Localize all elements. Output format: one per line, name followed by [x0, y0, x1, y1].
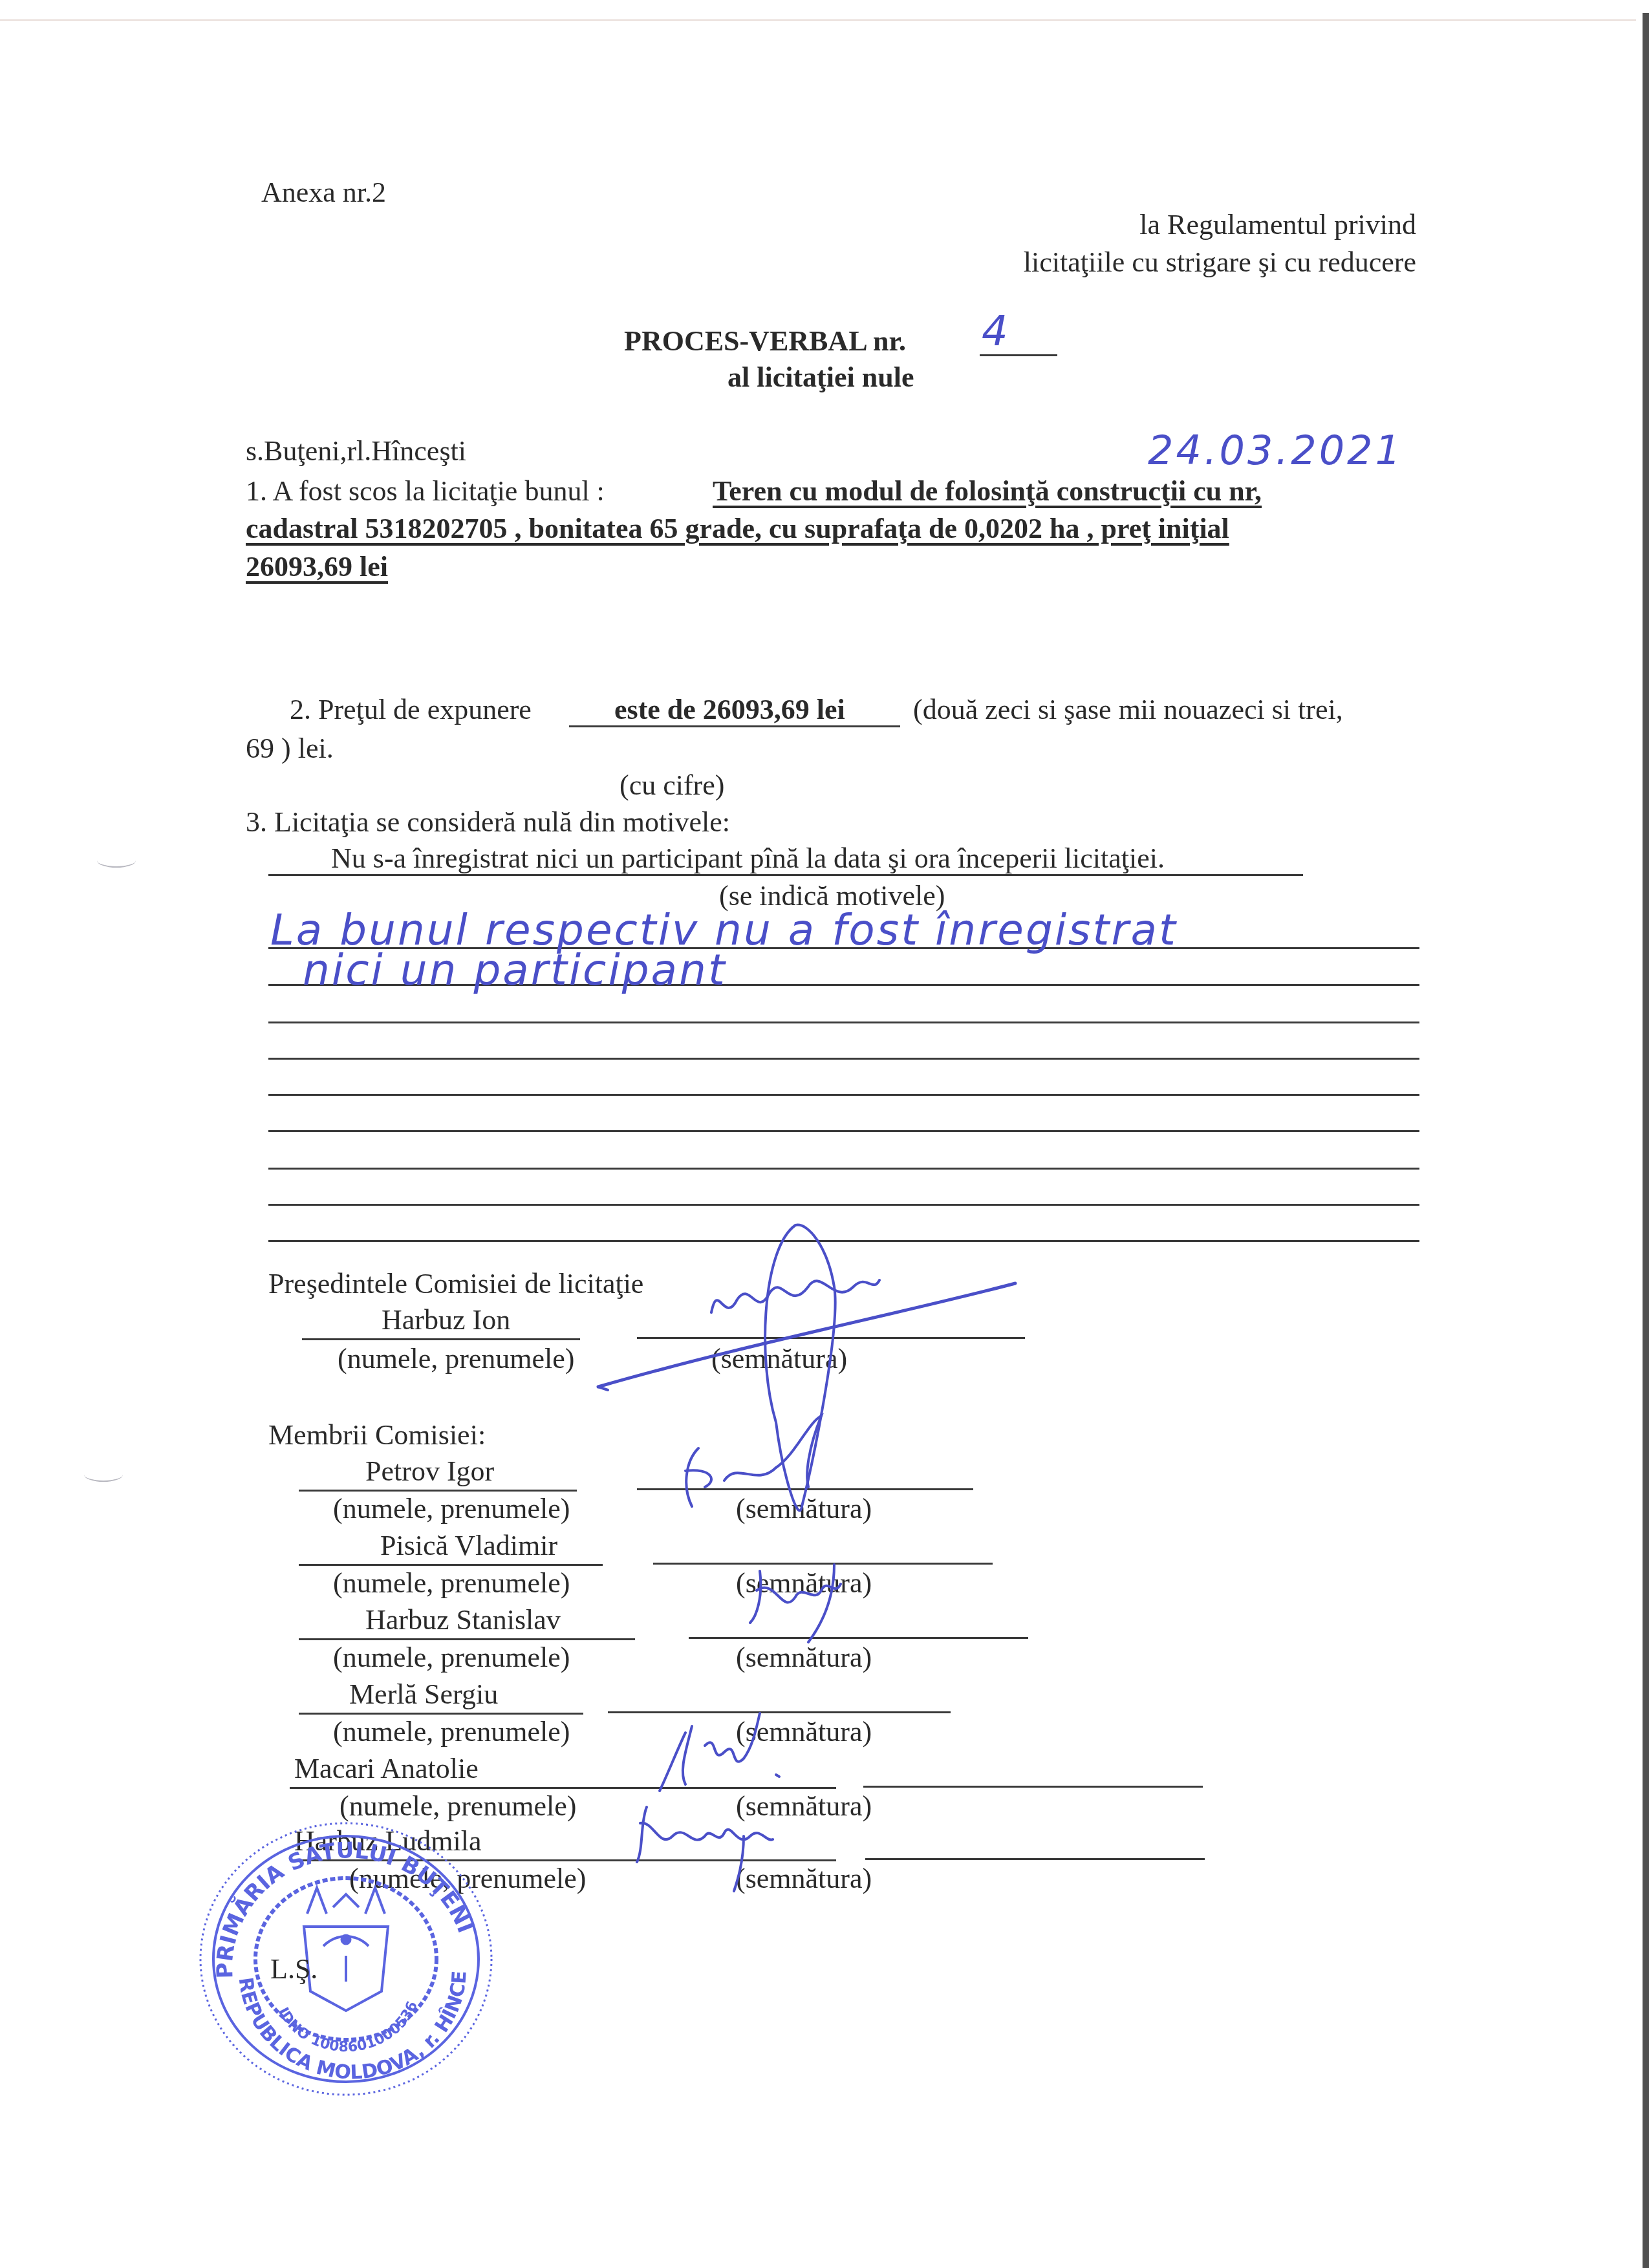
members-heading: Membrii Comisiei:: [268, 1418, 486, 1452]
item1-label: 1. A fost scos la licitaţie bunul :: [246, 475, 605, 508]
member-name-line: [299, 1490, 577, 1492]
title-number-handwritten: 4: [982, 308, 1008, 356]
annex-label: Anexa nr.2: [261, 176, 386, 209]
title-text: PROCES-VERBAL nr.: [624, 325, 906, 357]
item2-value: este de 26093,69 lei: [614, 693, 845, 727]
president-name-hint: (numele, prenumele): [338, 1342, 575, 1376]
regulation-line-2: licitaţiile cu strigare şi cu reducere: [1024, 246, 1416, 279]
motives-handwritten-line-2: nici un participant: [303, 945, 727, 995]
date-handwritten: 24.03.2021: [1148, 427, 1403, 474]
item2-words-line-1: (două zeci si şase mii nouazeci si trei,: [913, 693, 1343, 727]
scan-top-edge: [0, 19, 1636, 21]
member-name: Harbuz Stanislav: [365, 1603, 561, 1637]
ruled-line: [268, 1094, 1419, 1096]
member-signature-line: [653, 1563, 993, 1565]
item2-words-line-2: 69 ) lei.: [246, 732, 334, 765]
item3-reason: Nu s-a înregistrat nici un participant p…: [331, 842, 1165, 875]
member-signature-hint: (semnătura): [736, 1790, 872, 1823]
item1-value-line-3: 26093,69 lei: [246, 550, 388, 584]
punch-hole-mark: [84, 1468, 123, 1482]
member-signature-line: [608, 1711, 951, 1713]
seal-emblem-icon: PRIMĂRIA SATULUI BUŢENI REPUBLICA MOLDOV…: [194, 1817, 498, 2101]
member-name-hint: (numele, prenumele): [333, 1492, 570, 1526]
official-seal: PRIMĂRIA SATULUI BUŢENI REPUBLICA MOLDOV…: [194, 1817, 498, 2101]
ruled-line: [268, 1130, 1419, 1132]
member-name-line: [299, 1713, 583, 1715]
punch-hole-mark: [97, 853, 136, 868]
ruled-line: [268, 1240, 1419, 1242]
place-label: s.Buţeni,rl.Hînceşti: [246, 434, 466, 468]
member-signature-line: [865, 1858, 1205, 1860]
member-name-hint: (numele, prenumele): [333, 1641, 570, 1674]
page-subtitle: al licitaţiei nule: [727, 361, 914, 394]
member-name-line: [299, 1638, 635, 1640]
president-signature-line: [637, 1337, 1025, 1339]
member-signature-hint: (semnătura): [736, 1862, 872, 1896]
ruled-line: [268, 1168, 1419, 1170]
ruled-line: [268, 1058, 1419, 1060]
member-name-hint: (numele, prenumele): [333, 1567, 570, 1600]
member-signature-line: [637, 1488, 973, 1490]
president-name-line: [302, 1338, 580, 1340]
member-name: Petrov Igor: [365, 1455, 494, 1488]
president-signature-hint: (semnătura): [711, 1342, 847, 1376]
item3-label: 3. Licitaţia se consideră nulă din motiv…: [246, 806, 730, 839]
president-name: Harbuz Ion: [382, 1303, 510, 1337]
page-title: PROCES-VERBAL nr.: [624, 325, 906, 358]
ruled-line: [268, 1204, 1419, 1206]
seal-label: L.Ş.: [270, 1952, 318, 1986]
member-signature-line: [689, 1637, 1028, 1639]
regulation-line-1: la Regulamentul privind: [1139, 208, 1416, 242]
item1-value-line-1: Teren cu modul de folosinţă construcţii …: [713, 475, 1262, 508]
member-signature-hint: (semnătura): [736, 1492, 872, 1526]
member-name-line: [290, 1787, 836, 1789]
member-name-line: [299, 1564, 603, 1566]
ruled-line: [268, 1022, 1419, 1023]
item2-label: 2. Preţul de expunere: [290, 693, 532, 727]
member-name: Merlă Sergiu: [349, 1678, 498, 1711]
item1-value-line-2: cadastral 5318202705 , bonitatea 65 grad…: [246, 512, 1229, 546]
member-name: Pisică Vladimir: [380, 1529, 557, 1563]
member-signature-hint: (semnătura): [736, 1567, 872, 1600]
item2-hint: (cu cifre): [620, 769, 724, 802]
scan-right-edge: [1643, 13, 1649, 2268]
member-name-hint: (numele, prenumele): [333, 1715, 570, 1749]
member-signature-hint: (semnătura): [736, 1715, 872, 1749]
member-signature-hint: (semnătura): [736, 1641, 872, 1674]
member-name: Macari Anatolie: [294, 1752, 479, 1786]
president-heading: Preşedintele Comisiei de licitaţie: [268, 1267, 643, 1301]
member-signature-line: [863, 1786, 1203, 1788]
